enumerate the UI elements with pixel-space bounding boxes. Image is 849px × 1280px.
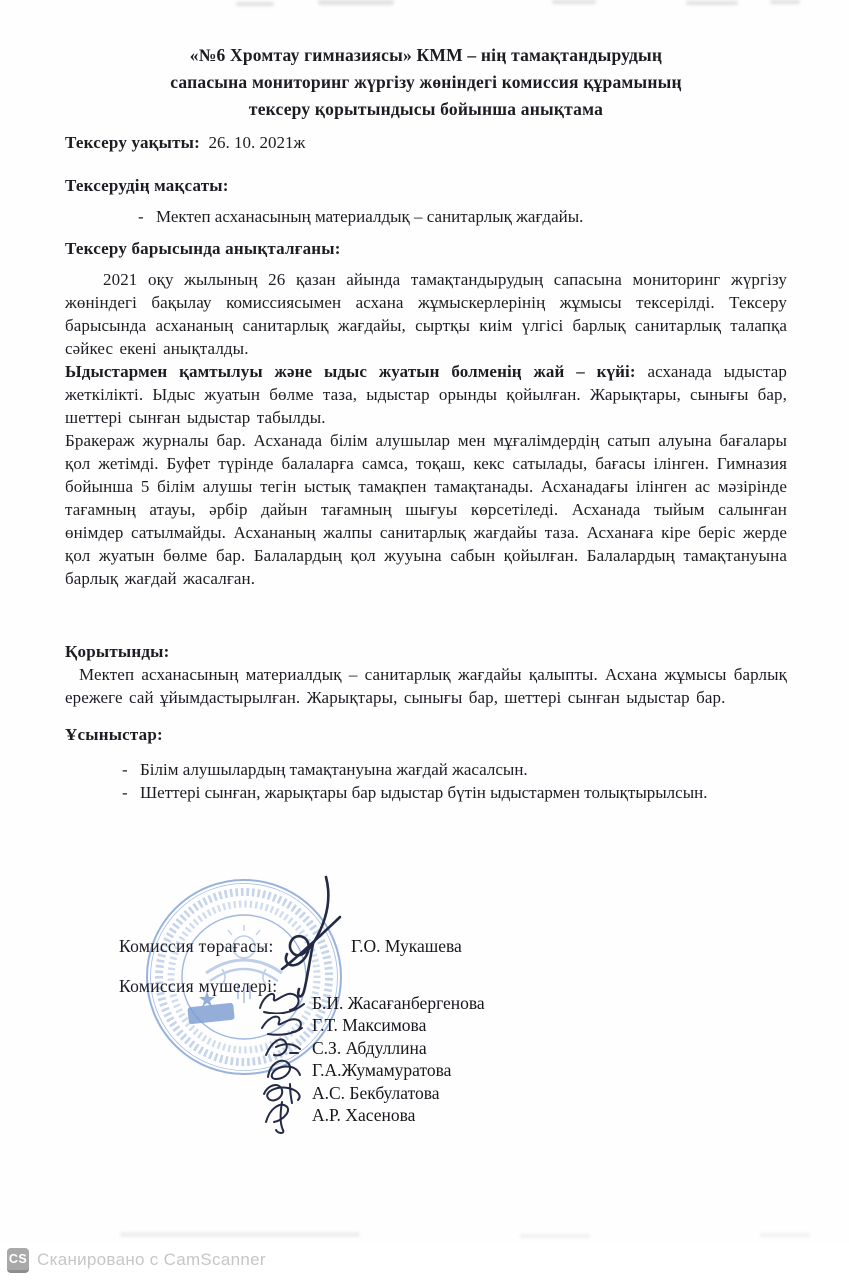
member-signature	[256, 1010, 308, 1036]
scan-artifact	[236, 2, 274, 6]
bullet-dash: -	[122, 758, 140, 781]
member-row: Б.И. Жасағанбергенова	[256, 992, 485, 1014]
bullet-dash: -	[122, 781, 140, 804]
document-body: «№6 Хромтау гимназиясы» КММ – нің тамақт…	[65, 42, 787, 590]
suggestion-item: - Білім алушылардың тамақтануына жағдай …	[65, 758, 787, 781]
member-name: А.Р. Хасенова	[312, 1104, 415, 1126]
bullet-dash: -	[138, 205, 156, 228]
document-title: «№6 Хромтау гимназиясы» КММ – нің тамақт…	[65, 42, 787, 123]
findings-heading: Тексеру барысында анықталғаны:	[65, 237, 787, 260]
official-seal-stamp	[144, 877, 344, 1077]
check-time-label: Тексеру уақыты:	[65, 133, 200, 152]
dishes-paragraph-lead: Ыдыстармен қамтылуы және ыдыс жуатын бол…	[65, 362, 636, 381]
findings-paragraph-1: 2021 оқу жылының 26 қазан айында тамақта…	[65, 268, 787, 360]
suggestion-item-text: Шеттері сынған, жарықтары бар ыдыстар бү…	[140, 781, 707, 804]
purpose-item-text: Мектеп асханасының материалдық – санитар…	[156, 205, 583, 228]
suggestion-item-text: Білім алушылардың тамақтануына жағдай жа…	[140, 758, 528, 781]
member-name: Г.А.Жумамуратова	[312, 1059, 451, 1081]
title-line-3: тексеру қорытындысы бойынша анықтама	[65, 96, 787, 123]
conclusion-paragraph: Мектеп асханасының материалдық – санитар…	[65, 663, 787, 709]
title-line-1: «№6 Хромтау гимназиясы» КММ – нің тамақт…	[65, 42, 787, 69]
members-list: Б.И. Жасағанбергенова Г.Т. Максимова С.З…	[256, 992, 485, 1126]
camscanner-icon: CS	[7, 1248, 29, 1273]
conclusion-heading: Қорытынды:	[65, 640, 787, 663]
scan-artifact	[760, 1233, 810, 1237]
scan-artifact	[686, 1, 738, 5]
member-name: Г.Т. Максимова	[312, 1014, 426, 1036]
scanned-document-page: «№6 Хромтау гимназиясы» КММ – нің тамақт…	[0, 0, 849, 1280]
member-name: А.С. Бекбулатова	[312, 1082, 440, 1104]
chairman-label: Комиссия төрағасы:	[119, 936, 274, 957]
purpose-item: - Мектеп асханасының материалдық – санит…	[65, 205, 787, 228]
seal-emblem	[206, 925, 282, 1003]
scan-artifact	[520, 1234, 590, 1238]
scan-artifact	[770, 0, 800, 4]
members-label: Комиссия мүшелері:	[119, 976, 277, 997]
document-body-lower: Қорытынды: Мектеп асханасының материалды…	[65, 640, 787, 804]
member-row: Г.Т. Максимова	[256, 1014, 485, 1036]
seal-ribbon	[187, 1003, 235, 1025]
chairman-signature	[268, 872, 348, 1004]
member-signature	[256, 1055, 308, 1081]
member-row: Г.А.Жумамуратова	[256, 1059, 485, 1081]
purpose-heading: Тексерудің мақсаты:	[65, 174, 787, 197]
scan-artifact	[552, 0, 596, 4]
chairman-name: Г.О. Мукашева	[351, 936, 462, 957]
scan-artifact	[120, 1232, 360, 1237]
member-signature	[256, 1033, 308, 1059]
camscanner-footer: CS Сканировано с CamScanner	[0, 1244, 849, 1280]
suggestions-heading: Ұсыныстар:	[65, 723, 787, 746]
findings-paragraph-2: Бракераж журналы бар. Асханада білім алу…	[65, 429, 787, 590]
suggestion-item: - Шеттері сынған, жарықтары бар ыдыстар …	[65, 781, 787, 804]
dishes-paragraph: Ыдыстармен қамтылуы және ыдыс жуатын бол…	[65, 360, 787, 429]
member-signature	[256, 1078, 308, 1104]
member-name: С.З. Абдуллина	[312, 1037, 427, 1059]
member-name: Б.И. Жасағанбергенова	[312, 992, 485, 1014]
seal-star	[199, 991, 215, 1007]
member-row: А.Р. Хасенова	[256, 1104, 485, 1126]
check-time-line: Тексеру уақыты: 26. 10. 2021ж	[65, 131, 787, 154]
member-signature	[256, 988, 308, 1014]
check-time-value: 26. 10. 2021ж	[209, 133, 306, 152]
camscanner-text: Сканировано с CamScanner	[37, 1250, 266, 1270]
member-row: А.С. Бекбулатова	[256, 1082, 485, 1104]
member-row: С.З. Абдуллина	[256, 1037, 485, 1059]
title-line-2: сапасына мониторинг жүргізу жөніндегі ко…	[65, 69, 787, 96]
suggestions-list: - Білім алушылардың тамақтануына жағдай …	[65, 758, 787, 804]
member-signature	[256, 1100, 308, 1134]
scan-artifact	[318, 0, 394, 5]
